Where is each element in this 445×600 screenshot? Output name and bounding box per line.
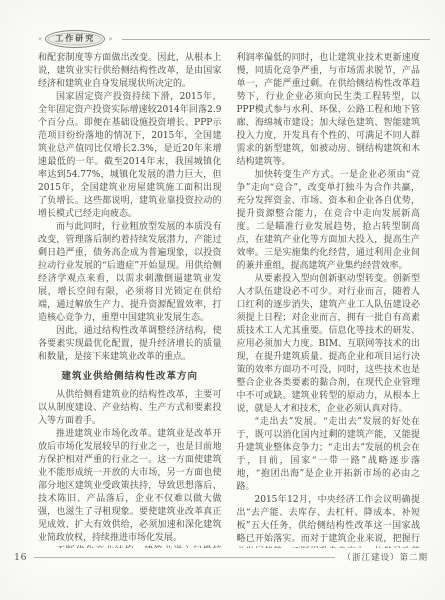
paragraph: 不断优化产业结构。建筑业进入门槛较低，建筑企业多如牛毛，建筑产品质量参差不齐，在… bbox=[38, 545, 222, 548]
paragraph: 国家固定资产投资持续下滑，2015年，全年固定资产投资实际增速较2014年回落2… bbox=[38, 91, 222, 221]
paragraph: 2015年12月，中央经济工作会议明确提出“去产能、去库存、去杠杆、降成本、补短… bbox=[237, 494, 421, 548]
column-tag-label: 工作研究 bbox=[45, 30, 105, 48]
source-attribution: （浙江建设）第二期 bbox=[342, 551, 428, 563]
article-body: 和配套制度等方面做出改变。因此，从根本上说，建筑业实行供给侧结构性改革，是由国家… bbox=[38, 52, 420, 548]
section-heading: 建筑业供给侧结构性改革方向 bbox=[38, 370, 222, 383]
page-header: « 工作研究 » bbox=[38, 30, 430, 48]
paragraph: “走出去”发展。“走出去”发展的好处在于，既可以消化国内过剩的建筑产能，又能提升… bbox=[237, 416, 421, 494]
column-tag-badge: « 工作研究 » bbox=[38, 30, 113, 48]
paragraph: 从要素投入型向创新驱动型转变。创新型人才队伍建设必不可少。对行业而言，随着人口红… bbox=[237, 273, 421, 416]
paragraph: 和配套制度等方面做出改变。因此，从根本上说，建筑业实行供给侧结构性改革，是由国家… bbox=[38, 52, 222, 91]
paragraph: 而与此同时，行业粗放型发展的本质没有改变，管理落后制约着持续发展潜力，产能过剩日… bbox=[38, 221, 222, 325]
page-number: 16 bbox=[14, 552, 27, 563]
paragraph: 利润率偏低的同时，也让建筑业技术更新速度慢，同质化竞争严重，与市场需求脱节，产品… bbox=[237, 52, 421, 169]
paragraph: 推进建筑业市场化改革。建筑业是改革开放后市场化发展较早的行业之一，也是目前地方保… bbox=[38, 428, 222, 545]
paragraph: 因此，通过结构性改革调整经济结构，使各要素实现最优化配置，提升经济增长的质量和数… bbox=[38, 325, 222, 364]
footer-rule bbox=[34, 557, 335, 558]
left-column: 和配套制度等方面做出改变。因此，从根本上说，建筑业实行供给侧结构性改革，是由国家… bbox=[38, 52, 222, 548]
header-rule bbox=[122, 39, 430, 40]
badge-left-ornament-icon: « bbox=[38, 36, 42, 43]
page-footer: 16 （浙江建设）第二期 bbox=[14, 551, 428, 563]
right-column: 利润率偏低的同时，也让建筑业技术更新速度慢，同质化竞争严重，与市场需求脱节，产品… bbox=[237, 52, 421, 548]
document-page: « 工作研究 » 和配套制度等方面做出改变。因此，从根本上说，建筑业实行供给侧结… bbox=[0, 0, 445, 600]
paragraph: 从供给侧看建筑业的结构性改革，主要可以从制度建设、产业结构、生产方式和要素投入等… bbox=[38, 389, 222, 428]
paragraph: 加快转变生产方式。一是企业必须由“竞争”走向“竞合”，改变单打独斗为合作共赢，充… bbox=[237, 169, 421, 273]
badge-right-ornament-icon: » bbox=[108, 36, 112, 43]
